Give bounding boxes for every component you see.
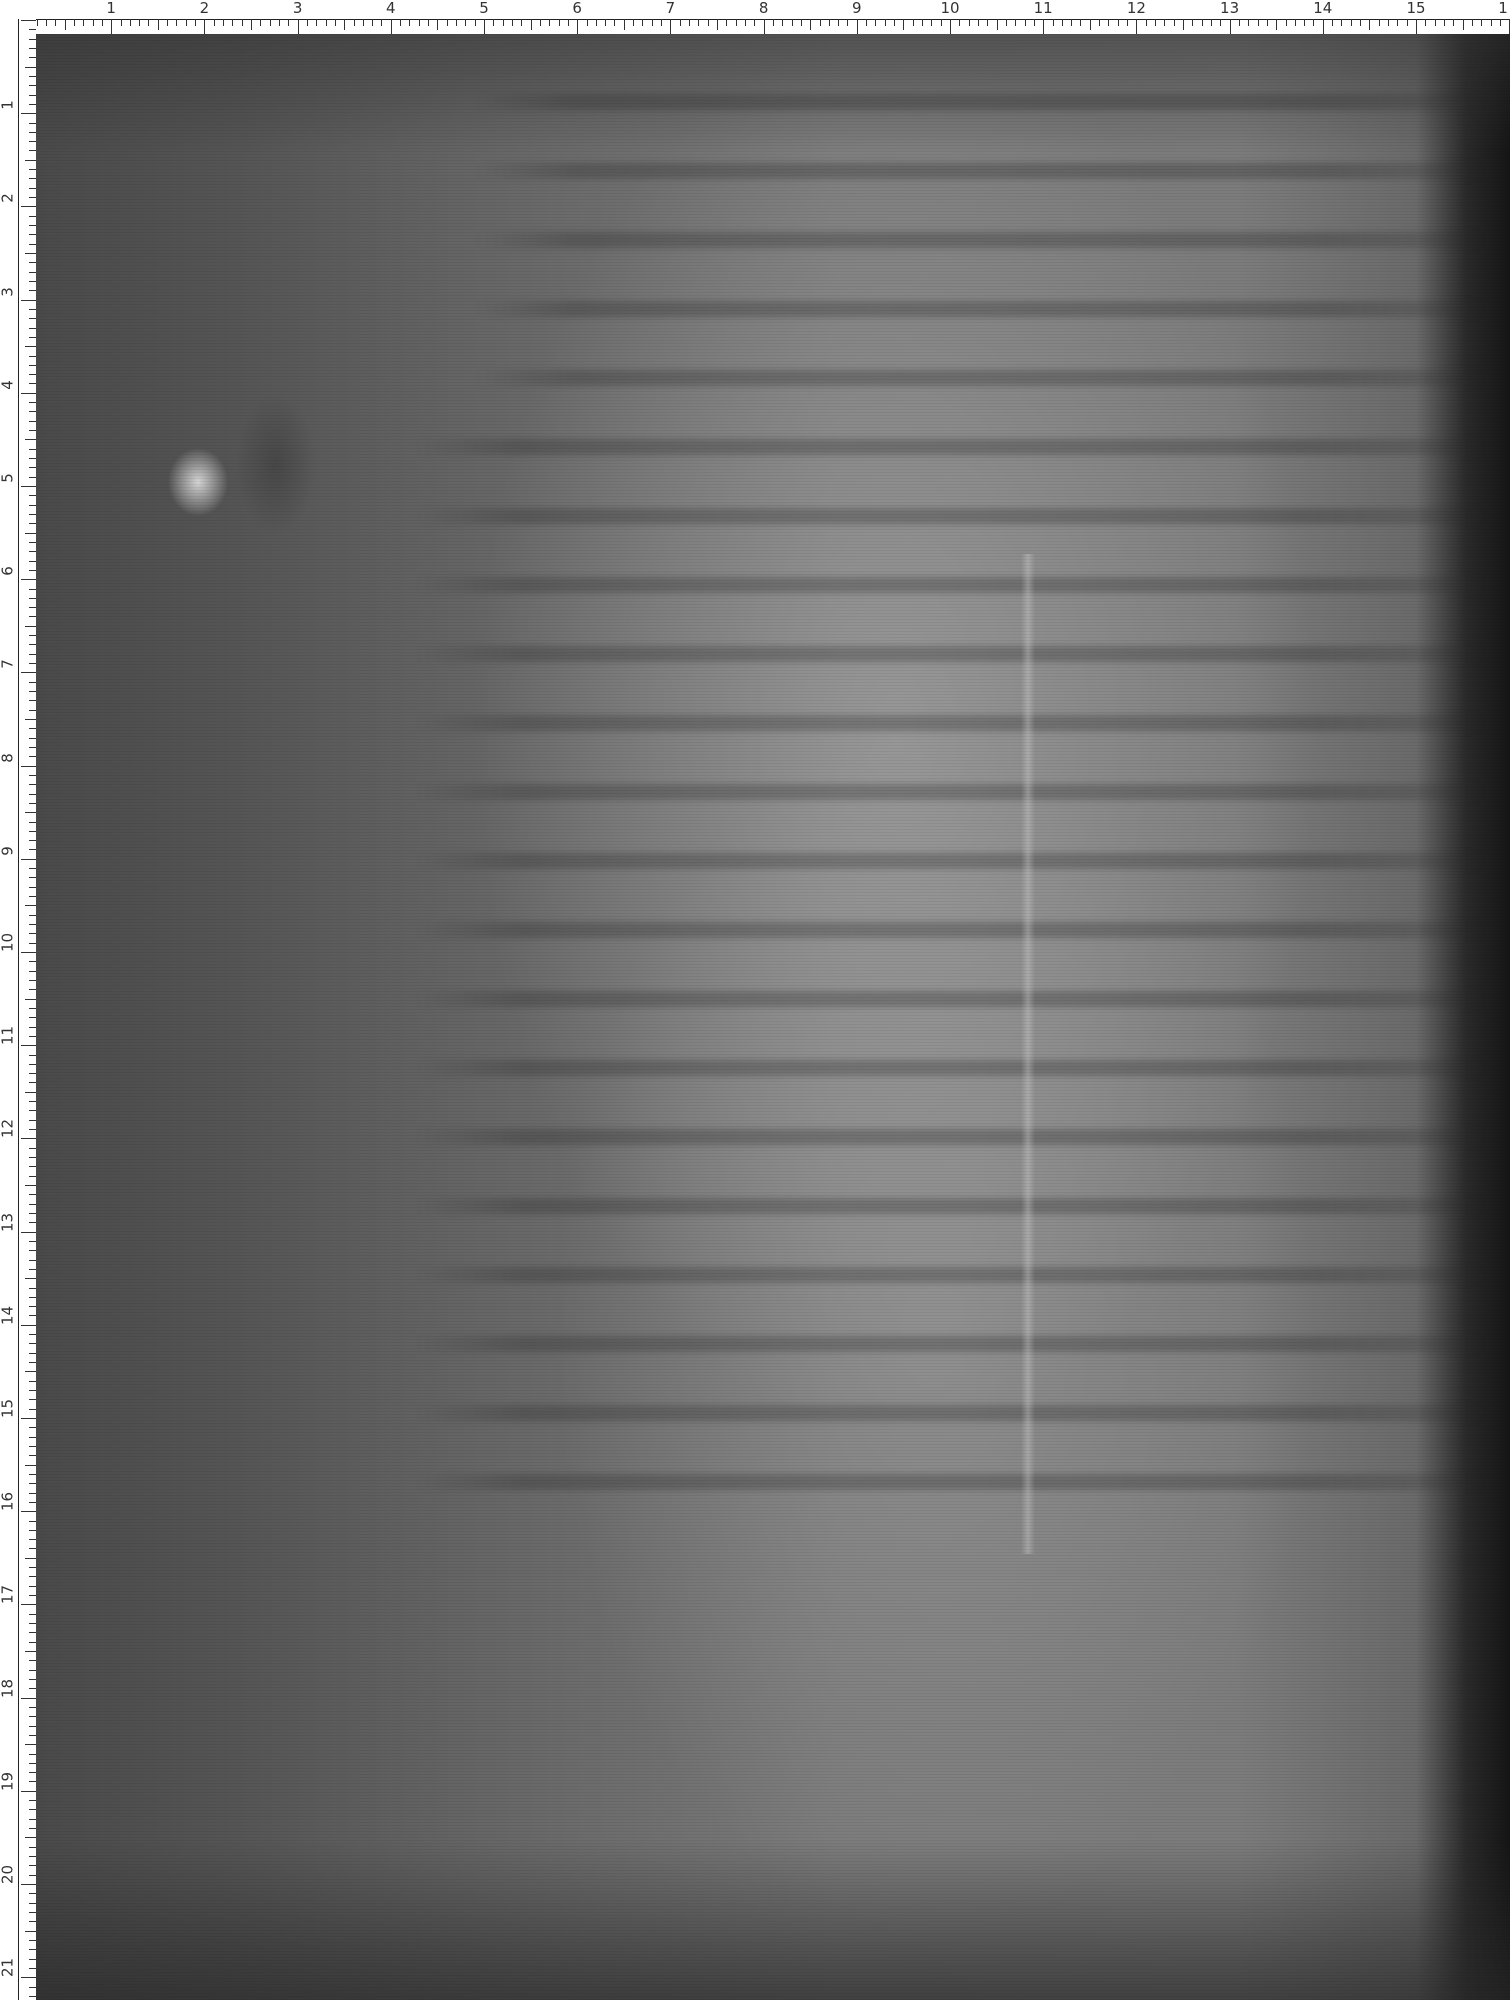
ruler-tick	[754, 19, 755, 26]
ruler-label: 6	[572, 0, 582, 17]
ruler-tick	[521, 19, 522, 26]
ruler-tick	[605, 19, 606, 26]
ruler-tick	[29, 1390, 36, 1391]
ruler-tick	[195, 19, 196, 26]
ruler-tick	[270, 19, 271, 26]
ruler-label: 3	[1, 284, 16, 300]
ruler-tick	[29, 1921, 36, 1922]
ruler-tick	[111, 19, 112, 34]
ruler-label: 10	[1, 936, 16, 952]
ruler-tick	[950, 19, 951, 34]
ruler-tick	[29, 1213, 36, 1214]
ruler-tick	[29, 1800, 36, 1801]
ruler-tick	[21, 113, 36, 114]
ruler-tick	[354, 19, 355, 26]
ruler-tick	[158, 19, 159, 30]
ruler-label: 7	[1, 656, 16, 672]
ruler-tick	[83, 19, 84, 26]
ruler-tick	[29, 1297, 36, 1298]
ruler-tick	[29, 1530, 36, 1531]
ruler-tick	[736, 19, 737, 26]
ruler-tick	[29, 1856, 36, 1857]
ruler-tick	[531, 19, 532, 30]
ruler-tick	[29, 188, 36, 189]
ruler-tick	[29, 1521, 36, 1522]
ruler-tick	[680, 19, 681, 26]
ruler-tick	[29, 1912, 36, 1913]
ruler-tick	[29, 542, 36, 543]
ruler-tick	[29, 1865, 36, 1866]
ruler-label: 2	[1, 190, 16, 206]
ruler-tick	[29, 1660, 36, 1661]
ruler-tick	[29, 1260, 36, 1261]
ruler-tick	[29, 756, 36, 757]
ruler-tick	[437, 19, 438, 30]
ruler-tick	[29, 551, 36, 552]
ruler-tick	[29, 1446, 36, 1447]
ruler-tick	[29, 1726, 36, 1727]
ruler-tick	[21, 486, 36, 487]
ruler-tick	[596, 19, 597, 26]
ruler-tick	[29, 449, 36, 450]
ruler-tick	[29, 1716, 36, 1717]
ruler-tick	[29, 1334, 36, 1335]
ruler-tick	[661, 19, 662, 26]
ruler-tick	[29, 1027, 36, 1028]
ruler-tick	[29, 1567, 36, 1568]
ruler-tick	[29, 1576, 36, 1577]
ruler-tick	[1146, 19, 1147, 26]
ruler-tick	[29, 1110, 36, 1111]
ruler-tick	[29, 570, 36, 571]
horizontal-ruler: 01234567891011121314151	[0, 0, 1510, 36]
ruler-tick	[29, 514, 36, 515]
ruler-tick	[1472, 19, 1473, 26]
ruler-tick	[1174, 19, 1175, 26]
ruler-tick	[29, 411, 36, 412]
ruler-tick	[1267, 19, 1268, 26]
ruler-tick	[21, 579, 36, 580]
ruler-tick	[29, 178, 36, 179]
ruler-tick	[29, 561, 36, 562]
ruler-tick	[372, 19, 373, 26]
ruler-tick	[1416, 19, 1417, 34]
ruler-tick	[847, 19, 848, 26]
ruler-tick	[29, 1362, 36, 1363]
ruler-tick	[29, 616, 36, 617]
ruler-tick	[1211, 19, 1212, 26]
ruler-label: 4	[386, 0, 396, 17]
ruler-tick	[1025, 19, 1026, 26]
ruler-tick	[1202, 19, 1203, 26]
ruler-tick	[29, 104, 36, 105]
ruler-tick	[1481, 19, 1482, 26]
ruler-tick	[708, 19, 709, 26]
ruler-tick	[29, 1539, 36, 1540]
ruler-tick	[1304, 19, 1305, 26]
ruler-tick	[29, 663, 36, 664]
ruler-tick	[25, 439, 36, 440]
ruler-tick	[29, 374, 36, 375]
ruler-tick	[838, 19, 839, 26]
ruler-tick	[29, 933, 36, 934]
ruler-label: 13	[1, 1216, 16, 1232]
ruler-tick	[29, 635, 36, 636]
ruler-tick	[29, 141, 36, 142]
ruler-tick	[568, 19, 569, 26]
ruler-tick	[29, 1987, 36, 1988]
ruler-tick	[37, 19, 38, 26]
ruler-tick	[29, 1399, 36, 1400]
ruler-tick	[29, 775, 36, 776]
ruler-tick	[1006, 19, 1007, 26]
ruler-tick	[242, 19, 243, 26]
ruler-tick	[29, 1222, 36, 1223]
ruler-tick	[381, 19, 382, 26]
ruler-label: 15	[1406, 0, 1425, 17]
ruler-tick	[29, 1623, 36, 1624]
ruler-tick	[29, 710, 36, 711]
ruler-label: 5	[1, 470, 16, 486]
ruler-tick	[25, 905, 36, 906]
ruler-tick	[29, 1809, 36, 1810]
ruler-tick	[1127, 19, 1128, 26]
ruler-tick	[29, 281, 36, 282]
ruler-tick	[1099, 19, 1100, 26]
ruler-tick	[25, 533, 36, 534]
ruler-tick	[29, 1493, 36, 1494]
ruler-tick	[29, 1064, 36, 1065]
ruler-tick	[29, 383, 36, 384]
ruler-tick	[29, 1455, 36, 1456]
ruler-tick	[223, 19, 224, 26]
ruler-tick	[214, 19, 215, 26]
ruler-tick	[21, 20, 36, 21]
ruler-tick	[29, 1204, 36, 1205]
ruler-tick	[21, 1791, 36, 1792]
ruler-tick	[260, 19, 261, 26]
ruler-tick	[21, 672, 36, 673]
ruler-tick	[21, 206, 36, 207]
ruler-tick	[21, 393, 36, 394]
ruler-tick	[74, 19, 75, 26]
ruler-tick	[764, 19, 765, 34]
ruler-tick	[21, 1884, 36, 1885]
ruler-tick	[29, 1288, 36, 1289]
ruler-tick	[29, 1315, 36, 1316]
ruler-tick	[726, 19, 727, 26]
ruler-tick	[29, 1381, 36, 1382]
ruler-tick	[549, 19, 550, 26]
ruler-tick	[1341, 19, 1342, 26]
ruler-tick	[1183, 19, 1184, 30]
ruler-label: 9	[852, 0, 862, 17]
ruler-tick	[1034, 19, 1035, 26]
ruler-tick	[456, 19, 457, 26]
ruler-tick	[1053, 19, 1054, 26]
ruler-tick	[1313, 19, 1314, 26]
ruler-tick	[25, 1185, 36, 1186]
ruler-tick	[288, 19, 289, 26]
ruler-tick	[93, 19, 94, 26]
ruler-tick	[232, 19, 233, 26]
ruler-label: 15	[1, 1402, 16, 1418]
ruler-tick	[29, 197, 36, 198]
ruler-label: 12	[1127, 0, 1146, 17]
ruler-tick	[698, 19, 699, 26]
ruler-label: 7	[666, 0, 676, 17]
ruler-tick	[25, 999, 36, 1000]
ruler-tick	[894, 19, 895, 26]
ruler-tick	[29, 728, 36, 729]
ruler-tick	[1463, 19, 1464, 30]
ruler-tick	[29, 877, 36, 878]
ruler-tick	[25, 1371, 36, 1372]
ruler-tick	[344, 19, 345, 30]
ruler-tick	[29, 1343, 36, 1344]
ruler-tick	[29, 337, 36, 338]
ruler-tick	[335, 19, 336, 26]
ruler-tick	[29, 654, 36, 655]
ruler-tick	[866, 19, 867, 26]
ruler-tick	[21, 859, 36, 860]
ruler-tick	[540, 19, 541, 26]
ruler-tick	[307, 19, 308, 26]
ruler-tick	[1062, 19, 1063, 26]
ruler-tick	[577, 19, 578, 34]
ruler-label: 16	[1, 1495, 16, 1511]
ruler-tick	[29, 849, 36, 850]
ruler-tick	[857, 19, 858, 34]
ruler-tick	[1453, 19, 1454, 26]
ruler-tick	[29, 262, 36, 263]
ruler-tick	[642, 19, 643, 26]
ruler-tick	[29, 272, 36, 273]
ruler-label: 1	[1, 97, 16, 113]
ruler-tick	[29, 467, 36, 468]
ruler-tick	[29, 1632, 36, 1633]
ruler-tick	[29, 1082, 36, 1083]
ruler-label: 18	[1, 1682, 16, 1698]
ruler-tick	[298, 19, 299, 34]
ruler-tick	[428, 19, 429, 26]
ruler-tick	[25, 812, 36, 813]
ruler-tick	[21, 300, 36, 301]
ruler-tick	[1491, 19, 1492, 26]
ruler-tick	[25, 346, 36, 347]
ruler-tick	[670, 19, 671, 34]
ruler-tick	[941, 19, 942, 26]
ruler-tick	[559, 19, 560, 26]
ruler-tick	[21, 1138, 36, 1139]
ruler-tick	[29, 803, 36, 804]
ruler-label: 12	[1, 1122, 16, 1138]
ruler-tick	[1425, 19, 1426, 26]
ruler-tick	[29, 150, 36, 151]
ruler-tick	[29, 169, 36, 170]
ruler-tick	[1230, 19, 1231, 34]
ruler-label: 14	[1313, 0, 1332, 17]
ruler-tick	[1043, 19, 1044, 34]
ruler-tick	[29, 747, 36, 748]
ruler-tick	[29, 784, 36, 785]
ruler-tick	[25, 253, 36, 254]
ruler-label: 11	[1, 1029, 16, 1045]
ruler-tick	[21, 1698, 36, 1699]
ruler-tick	[29, 887, 36, 888]
ruler-tick	[969, 19, 970, 26]
ruler-label: 11	[1034, 0, 1053, 17]
ruler-tick	[587, 19, 588, 26]
ruler-tick	[29, 1017, 36, 1018]
ruler-tick	[29, 644, 36, 645]
ruler-tick	[978, 19, 979, 26]
ruler-tick	[65, 19, 66, 30]
ruler-tick	[29, 95, 36, 96]
ruler-tick	[1295, 19, 1296, 26]
ruler-tick	[46, 19, 47, 26]
ruler-label: 6	[1, 563, 16, 579]
ruler-tick	[29, 1120, 36, 1121]
ruler-tick	[29, 1614, 36, 1615]
ruler-tick	[29, 234, 36, 235]
ruler-tick	[29, 1828, 36, 1829]
ruler-label: 21	[1, 1961, 16, 1977]
ruler-label: 8	[759, 0, 769, 17]
ruler-tick	[1500, 19, 1501, 26]
ruler-tick	[29, 1409, 36, 1410]
ruler-tick	[29, 1959, 36, 1960]
ruler-tick	[1155, 19, 1156, 26]
ruler-tick	[29, 39, 36, 40]
ruler-tick	[29, 700, 36, 701]
ruler-tick	[29, 505, 36, 506]
ruler-tick	[1276, 19, 1277, 30]
ruler-tick	[29, 123, 36, 124]
ruler-tick	[29, 421, 36, 422]
ruler-tick	[29, 1166, 36, 1167]
ruler-tick	[21, 1045, 36, 1046]
ruler-tick	[29, 1595, 36, 1596]
ruler-tick	[1379, 19, 1380, 26]
ruler-tick	[29, 48, 36, 49]
ruler-tick	[512, 19, 513, 26]
ruler-tick	[1332, 19, 1333, 26]
ruler-tick	[29, 840, 36, 841]
ruler-tick	[29, 365, 36, 366]
ruler-tick	[1360, 19, 1361, 26]
ruler-tick	[29, 1642, 36, 1643]
ruler-tick	[391, 19, 392, 34]
ruler-tick	[21, 1977, 36, 1978]
ruler-tick	[1351, 19, 1352, 26]
ruler-tick	[29, 915, 36, 916]
ruler-tick	[21, 1232, 36, 1233]
ruler-tick	[29, 1772, 36, 1773]
vertical-ruler: 123456789101112131415161718192021	[0, 0, 36, 2000]
ruler-tick	[931, 19, 932, 26]
ruler-tick	[29, 76, 36, 77]
ruler-tick	[29, 980, 36, 981]
ruler-tick	[29, 1176, 36, 1177]
ruler-tick	[29, 1073, 36, 1074]
ruler-tick	[29, 430, 36, 431]
ruler-tick	[29, 1996, 36, 1997]
ruler-tick	[29, 1586, 36, 1587]
ruler-tick	[484, 19, 485, 34]
ruler-tick	[25, 67, 36, 68]
ruler-tick	[997, 19, 998, 30]
ruler-tick	[29, 1157, 36, 1158]
ruler-tick	[503, 19, 504, 26]
ruler-tick	[29, 1269, 36, 1270]
scan-line-texture	[36, 34, 1510, 2000]
ruler-tick	[624, 19, 625, 30]
ruler-tick	[148, 19, 149, 26]
ruler-tick	[29, 1707, 36, 1708]
ruler-tick	[29, 1474, 36, 1475]
ruler-label: 9	[1, 843, 16, 859]
ruler-tick	[29, 29, 36, 30]
ruler-tick	[204, 19, 205, 34]
ruler-tick	[689, 19, 690, 26]
ruler-tick	[400, 19, 401, 26]
ruler-tick	[29, 1353, 36, 1354]
ruler-label: 19	[1, 1775, 16, 1791]
ruler-tick	[1435, 19, 1436, 26]
ruler-tick	[773, 19, 774, 26]
ruler-tick	[279, 19, 280, 26]
ruler-tick	[419, 19, 420, 26]
ruler-tick	[29, 1903, 36, 1904]
ruler-tick	[29, 1781, 36, 1782]
ruler-tick	[29, 458, 36, 459]
ruler-tick	[782, 19, 783, 26]
ruler-tick	[251, 19, 252, 30]
ruler-tick	[1015, 19, 1016, 26]
ruler-tick	[1220, 19, 1221, 26]
ruler-tick	[29, 495, 36, 496]
ruler-tick	[29, 1008, 36, 1009]
ruler-tick	[493, 19, 494, 26]
ruler-tick	[186, 19, 187, 26]
ruler-tick	[745, 19, 746, 26]
ruler-tick	[29, 961, 36, 962]
ruler-tick	[1407, 19, 1408, 26]
ruler-tick	[1080, 19, 1081, 26]
ruler-tick	[121, 19, 122, 26]
ruler-tick	[25, 1651, 36, 1652]
ruler-tick	[29, 794, 36, 795]
ruler-tick	[29, 1548, 36, 1549]
ruler-tick	[29, 589, 36, 590]
ruler-tick	[1286, 19, 1287, 26]
ruler-label: 1	[106, 0, 116, 17]
ruler-tick	[29, 1148, 36, 1149]
ruler-label: 20	[1, 1868, 16, 1884]
ruler-label: 13	[1220, 0, 1239, 17]
ruler-tick	[903, 19, 904, 30]
ruler-tick	[25, 160, 36, 161]
ruler-tick	[29, 1306, 36, 1307]
ruler-tick	[29, 1949, 36, 1950]
ruler-tick	[29, 1250, 36, 1251]
ruler-tick	[29, 1688, 36, 1689]
ruler-tick	[25, 1278, 36, 1279]
ruler-tick	[29, 607, 36, 608]
ruler-tick	[29, 822, 36, 823]
ruler-tick	[820, 19, 821, 26]
